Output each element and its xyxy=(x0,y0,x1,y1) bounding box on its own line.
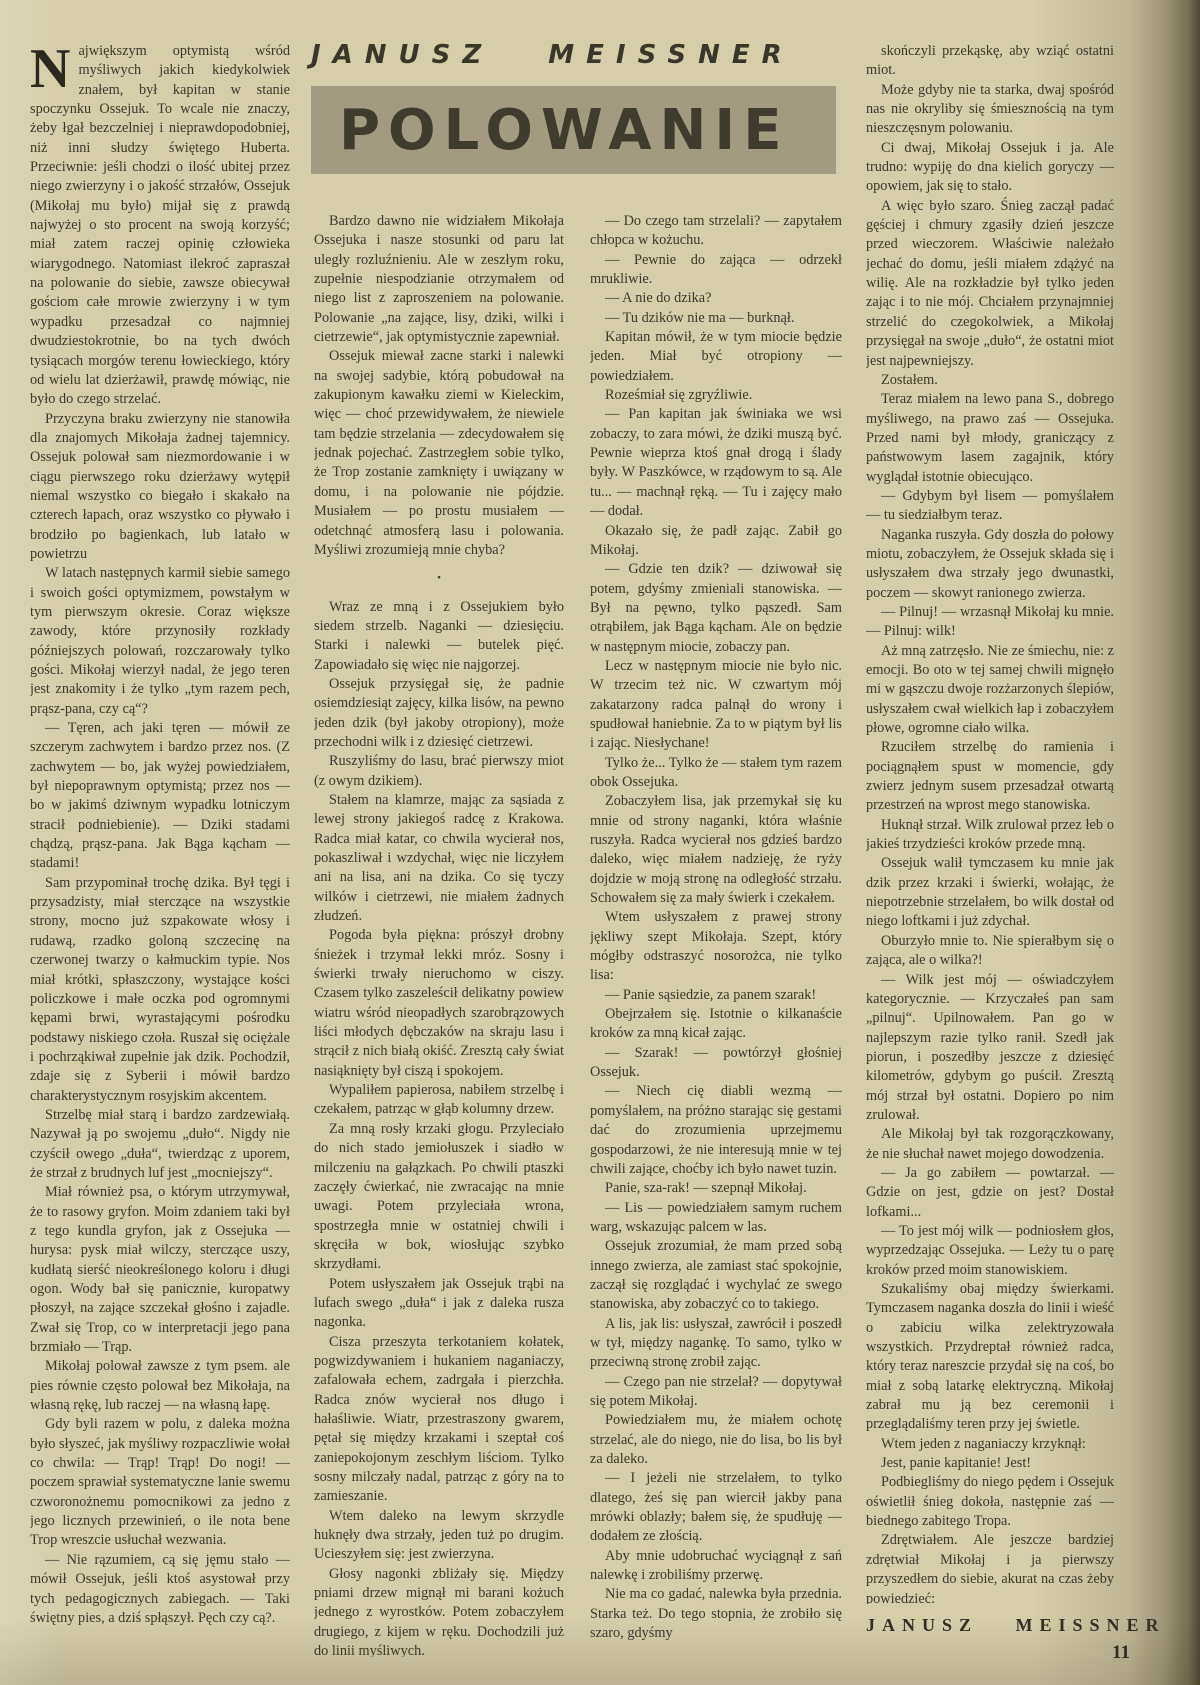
paragraph: Pogoda była piękna: prószył drobny śnież… xyxy=(314,926,564,1081)
paragraph: Sam przypominał trochę dzika. Był tęgi i… xyxy=(30,874,290,1106)
paragraph: Ruszyliśmy do lasu, brać pierwszy miot (… xyxy=(314,752,564,791)
paragraph: Ci dwaj, Mikołaj Ossejuk i ja. Ale trudn… xyxy=(866,139,1114,197)
paragraph: A lis, jak lis: usłyszał, zawrócił i pos… xyxy=(590,1315,842,1373)
paragraph: Nie ma co gadać, nalewka była przednia. … xyxy=(590,1585,842,1643)
paragraph: — Lis — powiedziałem samym ruchem warg, … xyxy=(590,1199,842,1238)
paragraph: — Tu dzików nie ma — burknął. xyxy=(590,309,842,328)
paragraph: — Tęren, ach jaki tęren — mówił ze szcze… xyxy=(30,719,290,874)
paragraph: W latach następnych karmił siebie samego… xyxy=(30,564,290,719)
paragraph: — Do czego tam strzelali? — zapytałem ch… xyxy=(590,212,842,251)
paragraph: Zostałem. xyxy=(866,371,1114,390)
paragraph: Podbiegliśmy do niego pędem i Ossejuk oś… xyxy=(866,1473,1114,1531)
paragraph: — Czego pan nie strzelał? — dopytywał si… xyxy=(590,1373,842,1412)
column-4-paragraphs: skończyli przekąskę, aby wziąć ostatni m… xyxy=(866,42,1114,1604)
column-3: — Do czego tam strzelali? — zapytałem ch… xyxy=(590,212,842,1657)
paragraph: Aby mnie udobruchać wyciągnął z sań nale… xyxy=(590,1547,842,1586)
paragraph: Panie, sza-rak! — szepnął Mikołaj. xyxy=(590,1179,842,1198)
paragraph: Ossejuk miewał zacne starki i nalewki na… xyxy=(314,347,564,560)
paragraph: Może gdyby nie ta starka, dwaj spośród n… xyxy=(866,81,1114,139)
paragraph: — Panie sąsiedzie, za panem szarak! xyxy=(590,986,842,1005)
title-banner: POLOWANIE xyxy=(311,86,836,174)
article-title: POLOWANIE xyxy=(339,98,790,163)
paragraph: Roześmiał się zgryźliwie. xyxy=(590,386,842,405)
paragraph: Obejrzałem się. Istotnie o kilkanaście k… xyxy=(590,1005,842,1044)
paragraph: Jest, panie kapitanie! Jest! xyxy=(866,1454,1114,1473)
column-4: skończyli przekąskę, aby wziąć ostatni m… xyxy=(866,42,1114,1604)
paragraph: — Niech cię diabli wezmą — pomyślałem, n… xyxy=(590,1082,842,1179)
paragraph: — A nie do dzika? xyxy=(590,289,842,308)
paragraph: A więc było szaro. Śnieg zaczął padać gę… xyxy=(866,197,1114,371)
column-2-paragraphs-b: Wraz ze mną i z Ossejukiem było siedem s… xyxy=(314,598,564,1657)
author-heading: JANUSZ MEISSNER xyxy=(311,40,836,70)
paragraph: — Ja go zabiłem — powtarzał. — Gdzie on … xyxy=(866,1164,1114,1222)
paragraph: Za mną rosły krzaki głogu. Przyleciało d… xyxy=(314,1120,564,1275)
column-2: Bardzo dawno nie widziałem Mikołaja Osse… xyxy=(314,212,564,1657)
paragraph: Tylko że... Tylko że — stałem tym razem … xyxy=(590,754,842,793)
opening-paragraph: Największym optymistą wśród myśliwych ja… xyxy=(30,42,290,410)
paragraph: — Nie rązumiem, cą się jęmu stało — mówi… xyxy=(30,1551,290,1628)
masthead: JANUSZ MEISSNER POLOWANIE xyxy=(311,40,836,174)
paragraph: Stałem na klamrze, mając za sąsiada z le… xyxy=(314,791,564,926)
paragraph: Wtem jeden z naganiaczy krzyknął: xyxy=(866,1435,1114,1454)
paragraph: Ossejuk przysięgał się, że padnie osiemd… xyxy=(314,675,564,752)
paragraph: Teraz miałem na lewo pana S., dobrego my… xyxy=(866,390,1114,487)
paragraph: Oburzyło mnie to. Nie spierałbym się o z… xyxy=(866,932,1114,971)
paragraph: Powiedziałem mu, że miałem ochotę strzel… xyxy=(590,1411,842,1469)
paragraph: — Wilk jest mój — oświadczyłem kategoryc… xyxy=(866,971,1114,1126)
paragraph: Przyczyna braku zwierzyny nie stanowiła … xyxy=(30,410,290,565)
page-number: 11 xyxy=(1112,1642,1130,1664)
column-2-paragraphs-a: Bardzo dawno nie widziałem Mikołaja Osse… xyxy=(314,212,564,560)
column-3-paragraphs: — Do czego tam strzelali? — zapytałem ch… xyxy=(590,212,842,1643)
footer-author: JANUSZ MEISSNER xyxy=(866,1615,1136,1636)
paragraph: Lecz w następnym miocie nie było nic. W … xyxy=(590,657,842,754)
paragraph: Strzelbę miał starą i bardzo zardzewiałą… xyxy=(30,1106,290,1183)
paragraph: Wypaliłem papierosa, nabiłem strzelbę i … xyxy=(314,1081,564,1120)
paragraph: Miał również psa, o którym utrzymywał, ż… xyxy=(30,1183,290,1357)
paragraph: Wtem daleko na lewym skrzydle huknęły dw… xyxy=(314,1507,564,1565)
paragraph: Okazało się, że padł zając. Zabił go Mik… xyxy=(590,522,842,561)
paragraph: Bardzo dawno nie widziałem Mikołaja Osse… xyxy=(314,212,564,347)
paragraph: — Gdybym był lisem — pomyślałem — tu sie… xyxy=(866,487,1114,526)
paragraph: Cisza przeszyta terkotaniem kołatek, pog… xyxy=(314,1333,564,1507)
paragraph: Szukaliśmy obaj między świerkami. Tymcza… xyxy=(866,1280,1114,1435)
paragraph: Zobaczyłem lisa, jak przemykał się ku mn… xyxy=(590,792,842,908)
paragraph: Potem usłyszałem jak Ossejuk trąbi na lu… xyxy=(314,1275,564,1333)
paragraph: Zdrętwiałem. Ale jeszcze bardziej zdrętw… xyxy=(866,1531,1114,1604)
section-separator: • xyxy=(314,569,564,588)
paragraph: Wraz ze mną i z Ossejukiem było siedem s… xyxy=(314,598,564,675)
paragraph: skończyli przekąskę, aby wziąć ostatni m… xyxy=(866,42,1114,81)
paragraph: — I jeżeli nie strzelałem, to tylko dlat… xyxy=(590,1469,842,1546)
column-1-paragraphs: Przyczyna braku zwierzyny nie stanowiła … xyxy=(30,410,290,1629)
magazine-page: Największym optymistą wśród myśliwych ja… xyxy=(0,0,1200,1685)
drop-cap: N xyxy=(30,42,78,91)
paragraph: Aż mną zatrzęsło. Nie ze śmiechu, nie: z… xyxy=(866,642,1114,739)
page-edge-shadow xyxy=(1128,0,1200,1685)
paragraph: Ossejuk zrozumiał, że mam przed sobą inn… xyxy=(590,1237,842,1314)
paragraph: — Pewnie do zająca — odrzekł mrukliwie. xyxy=(590,251,842,290)
paragraph: — Gdzie ten dzik? — dziwował się potem, … xyxy=(590,560,842,657)
paragraph: Naganka ruszyła. Gdy doszła do połowy mi… xyxy=(866,526,1114,603)
paragraph: — To jest mój wilk — podniosłem głos, wy… xyxy=(866,1222,1114,1280)
paragraph: Mikołaj polował zawsze z tym psem. ale p… xyxy=(30,1357,290,1415)
paragraph: Wtem usłyszałem z prawej strony jękliwy … xyxy=(590,908,842,985)
paragraph: — Pan kapitan jak świniaka we wsi zobacz… xyxy=(590,405,842,521)
column-1: Największym optymistą wśród myśliwych ja… xyxy=(30,42,290,1640)
paragraph: Gdy byli razem w polu, z daleka można by… xyxy=(30,1415,290,1550)
paragraph: Ossejuk walił tymczasem ku mnie jak dzik… xyxy=(866,854,1114,931)
paragraph: — Pilnuj! — wrzasnął Mikołaj ku mnie. — … xyxy=(866,603,1114,642)
paragraph: Ale Mikołaj był tak rozgorączkowany, że … xyxy=(866,1125,1114,1164)
paragraph: Huknął strzał. Wilk zrulował przez łeb o… xyxy=(866,816,1114,855)
paragraph: Kapitan mówił, że w tym miocie będzie je… xyxy=(590,328,842,386)
paragraph: — Szarak! — powtórzył głośniej Ossejuk. xyxy=(590,1044,842,1083)
paragraph: Rzuciłem strzelbę do ramienia i pociągną… xyxy=(866,738,1114,815)
paragraph: Głosy nagonki zbliżały się. Między pniam… xyxy=(314,1565,564,1657)
